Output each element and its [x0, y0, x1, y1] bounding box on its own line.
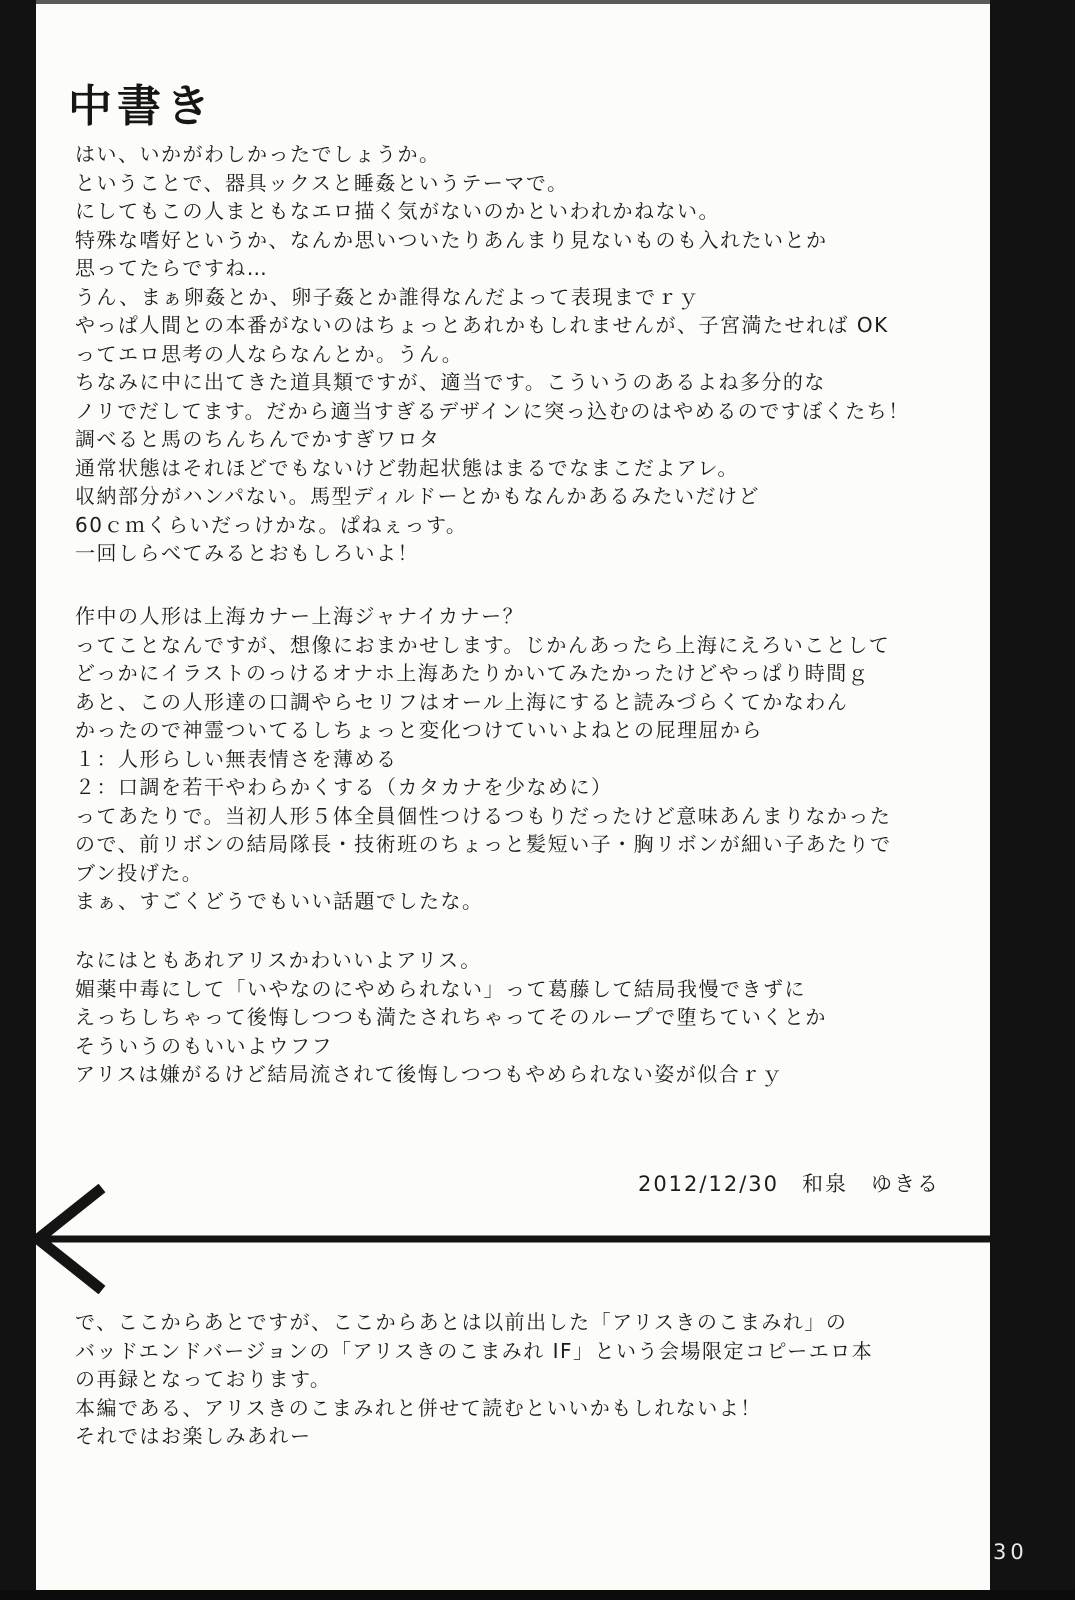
text-line: そういうのもいいよウフフ	[75, 1032, 827, 1061]
text-line: はい、いかがわしかったでしょうか。	[75, 140, 910, 169]
text-line: かったので神霊ついてるしちょっと変化つけていいよねとの屁理屈から	[75, 716, 892, 745]
paragraph-alice: なにはともあれアリスかわいいよアリス。 媚薬中毒にして「いやなのにやめられない」…	[75, 946, 827, 1089]
text-line: 特殊な嗜好というか、なんか思いついたりあんまり見ないものも入れたいとか	[75, 226, 910, 255]
text-line: にしてもこの人まともなエロ描く気がないのかといわれかねない。	[75, 197, 910, 226]
text-line: ちなみに中に出てきた道具類ですが、適当です。こういうのあるよね多分的な	[75, 368, 910, 397]
page-number: 30	[993, 1540, 1028, 1564]
text-line: ノリでだしてます。だから適当すぎるデザインに突っ込むのはやめるのですぼくたち！	[75, 397, 910, 426]
text-line: 作中の人形は上海カナー上海ジャナイカナー？	[75, 602, 892, 631]
text-line: 調べると馬のちんちんでかすぎワロタ	[75, 425, 910, 454]
text-line: ブン投げた。	[75, 859, 892, 888]
text-line: ので、前リボンの結局隊長・技術班のちょっと髪短い子・胸リボンが細い子あたりで	[75, 830, 892, 859]
text-line: 一回しらべてみるとおもしろいよ！	[75, 539, 910, 568]
left-arrow-icon	[36, 1182, 990, 1294]
text-line: 収納部分がハンパない。馬型ディルドーとかもなんかあるみたいだけど	[75, 482, 910, 511]
text-line: １：人形らしい無表情さを薄める	[75, 745, 892, 774]
text-line: ２：口調を若干やわらかくする（カタカナを少なめに）	[75, 773, 892, 802]
text-line: で、ここからあとですが、ここからあとは以前出した「アリスきのこまみれ」の	[75, 1308, 873, 1337]
text-line: それではお楽しみあれー	[75, 1422, 873, 1451]
scan-border-right	[990, 0, 1075, 1600]
text-line: どっかにイラストのっけるオナホ上海あたりかいてみたかったけどやっぱり時間ｇ	[75, 659, 892, 688]
scan-border-bottom	[0, 1590, 1075, 1600]
paragraph-reprint-note: で、ここからあとですが、ここからあとは以前出した「アリスきのこまみれ」の バッド…	[75, 1308, 873, 1451]
text-line: やっぱ人間との本番がないのはちょっとあれかもしれませんが、子宮満たせれば OK	[75, 311, 910, 340]
text-line: ってエロ思考の人ならなんとか。うん。	[75, 340, 910, 369]
text-line: 思ってたらですね…	[75, 254, 910, 283]
text-line: の再録となっております。	[75, 1365, 873, 1394]
scan-border-left	[0, 0, 36, 1600]
text-line: ということで、器具ックスと睡姦というテーマで。	[75, 169, 910, 198]
text-line: うん、まぁ卵姦とか、卵子姦とか誰得なんだよって表現までｒｙ	[75, 283, 910, 312]
text-line: 60ｃｍくらいだっけかな。ぱねぇっす。	[75, 511, 910, 540]
text-line: まぁ、すごくどうでもいい話題でしたな。	[75, 887, 892, 916]
document-page: 中書き はい、いかがわしかったでしょうか。 ということで、器具ックスと睡姦という…	[36, 4, 990, 1590]
paragraph-dolls: 作中の人形は上海カナー上海ジャナイカナー？ ってことなんですが、想像におまかせし…	[75, 602, 892, 916]
text-line: あと、この人形達の口調やらセリフはオール上海にすると読みづらくてかなわん	[75, 688, 892, 717]
text-line: アリスは嫌がるけど結局流されて後悔しつつもやめられない姿が似合ｒｙ	[75, 1060, 827, 1089]
text-line: バッドエンドバージョンの「アリスきのこまみれ IF」という会場限定コピーエロ本	[75, 1337, 873, 1366]
text-line: 通常状態はそれほどでもないけど勃起状態はまるでなまこだよアレ。	[75, 454, 910, 483]
text-line: 媚薬中毒にして「いやなのにやめられない」って葛藤して結局我慢できずに	[75, 975, 827, 1004]
text-line: ってことなんですが、想像におまかせします。じかんあったら上海にえろいことして	[75, 631, 892, 660]
text-line: ってあたりで。当初人形５体全員個性つけるつもりだったけど意味あんまりなかった	[75, 802, 892, 831]
paragraph-afterword: はい、いかがわしかったでしょうか。 ということで、器具ックスと睡姦というテーマで…	[75, 140, 910, 568]
page-title: 中書き	[68, 70, 215, 134]
text-line: えっちしちゃって後悔しつつも満たされちゃってそのループで堕ちていくとか	[75, 1003, 827, 1032]
text-line: 本編である、アリスきのこまみれと併せて読むといいかもしれないよ！	[75, 1394, 873, 1423]
text-line: なにはともあれアリスかわいいよアリス。	[75, 946, 827, 975]
